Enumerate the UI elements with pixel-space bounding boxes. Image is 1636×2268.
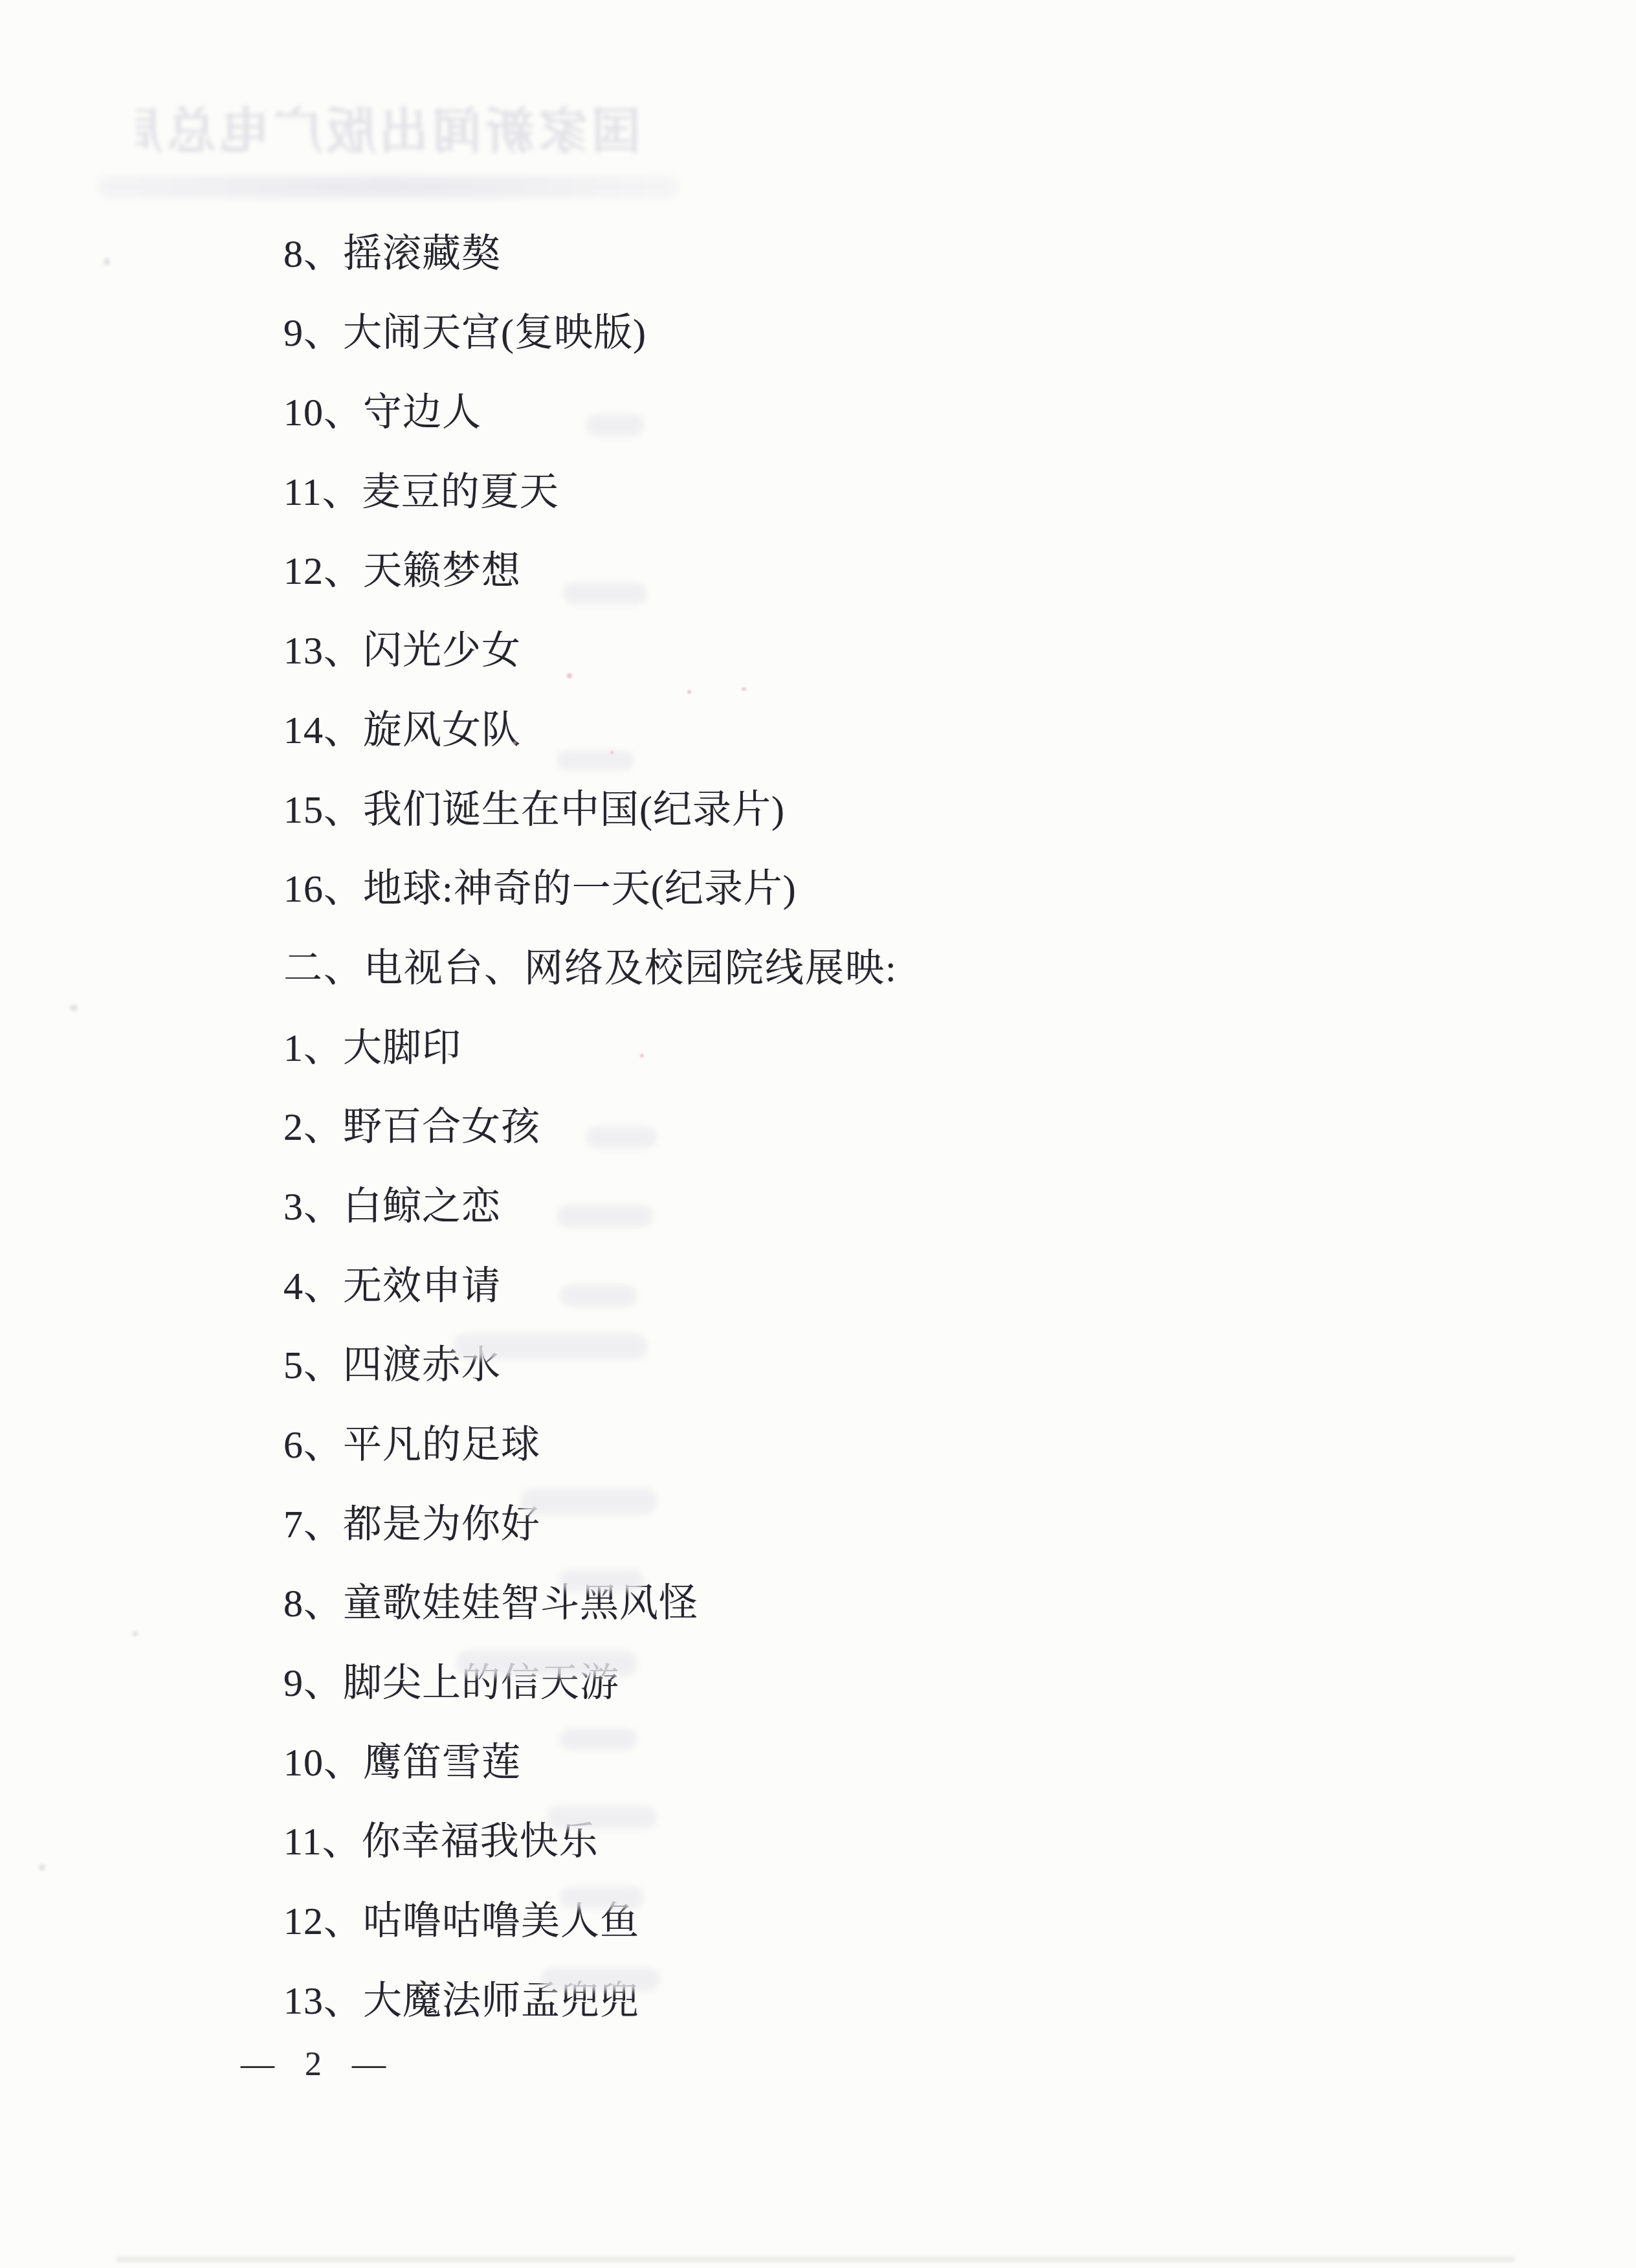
section-heading: 二、电视台、网络及校园院线展映:: [283, 913, 1384, 993]
film-list-item: 8、摇滚藏獒: [283, 199, 1384, 278]
film-list-item: 13、闪光少女: [283, 595, 1384, 675]
scan-speck: [70, 1005, 78, 1011]
film-list-item: 2、野百合女孩: [283, 1073, 1384, 1152]
scan-speck: [104, 258, 110, 265]
film-list-item: 14、旋风女队: [283, 675, 1384, 755]
bleed-through-smudge: [97, 176, 680, 198]
film-list-item: 15、我们诞生在中国(纪录片): [283, 755, 1384, 834]
film-list-item: 8、童歌娃娃智斗黑风怪: [283, 1549, 1384, 1629]
film-list-item: 16、地球:神奇的一天(纪录片): [283, 834, 1384, 914]
film-list-item: 10、守边人: [283, 357, 1384, 437]
film-list-item: 13、大魔法师孟兜兜: [283, 1946, 1384, 2025]
film-list-item: 7、都是为你好: [283, 1469, 1384, 1549]
film-list-item: 12、咕噜咕噜美人鱼: [283, 1866, 1384, 1946]
film-list-item: 6、平凡的足球: [283, 1390, 1384, 1469]
film-list-item: 5、四渡赤水: [283, 1311, 1384, 1390]
film-list-item: 1、大脚印: [283, 993, 1384, 1073]
film-list-item: 4、无效申请: [283, 1231, 1384, 1311]
document-body: 8、摇滚藏獒 9、大闹天宫(复映版) 10、守边人 11、麦豆的夏天 12、天籁…: [283, 199, 1384, 2025]
scan-speck: [39, 1864, 45, 1871]
scan-speck: [133, 1631, 138, 1636]
bleed-through-title: 国家新闻出版广电总局办公厅: [136, 92, 641, 162]
film-list-item: 12、天籁梦想: [283, 517, 1384, 596]
film-list-item: 3、白鲸之恋: [283, 1151, 1384, 1231]
film-list-item: 11、你幸福我快乐: [283, 1787, 1384, 1867]
scan-edge-artifact: [116, 2256, 1514, 2262]
scanned-page: 国家新闻出版广电总局办公厅 8、摇滚藏獒 9、大闹天宫(复映版) 10、守边人 …: [0, 0, 1636, 2268]
film-list-item: 11、麦豆的夏天: [283, 437, 1384, 517]
film-list-item: 9、脚尖上的信天游: [283, 1628, 1384, 1707]
film-list-item: 10、鹰笛雪莲: [283, 1707, 1384, 1787]
film-list-item: 9、大闹天宫(复映版): [283, 278, 1384, 358]
page-number: — 2 —: [241, 2045, 386, 2084]
